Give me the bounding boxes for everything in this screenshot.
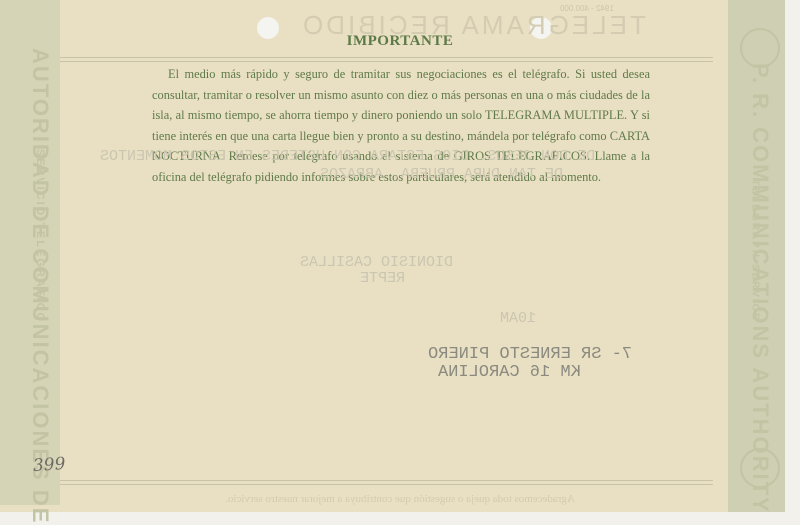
signature-line-2: REPTE [360, 270, 405, 287]
address-line-2: KM 16 CAROLINA [438, 364, 581, 382]
page-title: IMPORTANTE [0, 33, 800, 50]
footer-bleed-text: Agradecemos toda queja o sugestión que c… [0, 493, 800, 505]
seal-bottom-icon [740, 448, 780, 488]
right-band-subtitle: TELEGRAPH SERVICE [750, 101, 761, 401]
bottom-rule [60, 480, 713, 485]
handwritten-number: 399 [32, 454, 66, 476]
faint-stamp-line-2: DE TAN DURA PRUEBA. ABRAZOS [320, 166, 563, 183]
time-stamp: 10AM [500, 310, 536, 327]
signature-line-1: DIONISIO CASILLAS [300, 254, 453, 271]
left-band-subtitle: SERVICIO TELEGRAFICO [34, 86, 46, 386]
faint-stamp-line-1: DE DON JESUS. DIOS ESTARA CON USTEDES EN… [100, 148, 595, 165]
telegram-form: AUTORIDAD DE COMUNICACIONES DE P. R. SER… [0, 0, 785, 512]
top-rule [60, 57, 713, 62]
address-line-1: 7- SR ERNESTO PINERO [428, 346, 632, 364]
